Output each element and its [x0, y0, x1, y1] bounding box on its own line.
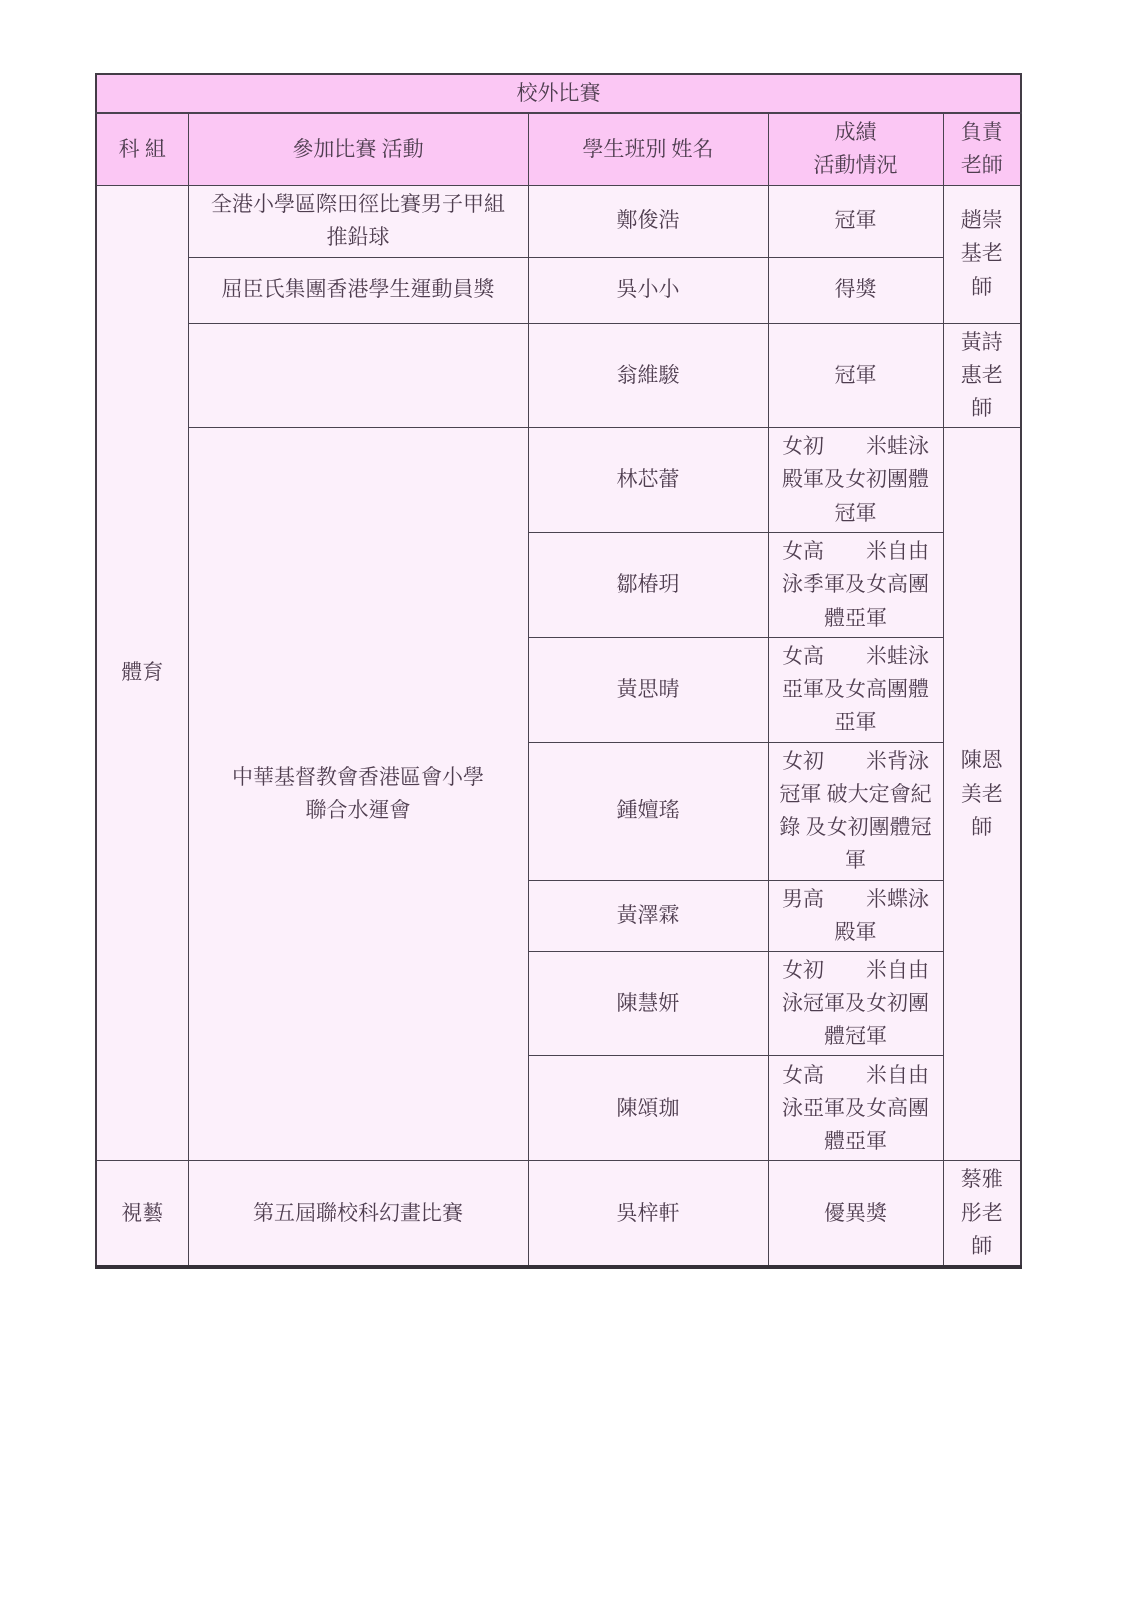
cell-student-name: 鍾嬗瑤 [528, 742, 768, 880]
cell-group-visual-arts: 視藝 [96, 1161, 188, 1267]
cell-result: 得獎 [768, 257, 943, 323]
cell-teacher: 黃詩惠老師 [943, 323, 1021, 428]
table-title-row: 校外比賽 [96, 74, 1021, 113]
cell-student-name: 鄒椿玥 [528, 533, 768, 638]
cell-teacher: 趙崇基老師 [943, 185, 1021, 323]
cell-group-sport: 體育 [96, 185, 188, 1161]
cell-result: 女初 米蛙泳殿軍及女初團體冠軍 [768, 428, 943, 533]
header-teacher: 負責 老師 [943, 113, 1021, 185]
table-row: 翁維駿 冠軍 黃詩惠老師 [96, 323, 1021, 428]
cell-student-name: 翁維駿 [528, 323, 768, 428]
header-activity: 參加比賽 活動 [188, 113, 528, 185]
table-row: 屈臣氏集團香港學生運動員獎 吳小小 得獎 [96, 257, 1021, 323]
cell-activity: 屈臣氏集團香港學生運動員獎 [188, 257, 528, 323]
header-student: 學生班別 姓名 [528, 113, 768, 185]
cell-teacher: 陳恩美老師 [943, 428, 1021, 1161]
table-row: 視藝 第五屆聯校科幻畫比賽 吳梓軒 優異獎 蔡雅彤老師 [96, 1161, 1021, 1267]
cell-result: 男高 米蝶泳殿軍 [768, 880, 943, 951]
cell-student-name: 吳小小 [528, 257, 768, 323]
cell-student-name: 林芯蕾 [528, 428, 768, 533]
cell-result: 冠軍 [768, 185, 943, 257]
cell-result: 女高 米蛙泳亞軍及女高團體亞軍 [768, 638, 943, 743]
cell-result: 優異獎 [768, 1161, 943, 1267]
table-row: 體育 全港小學區際田徑比賽男子甲組 推鉛球 鄭俊浩 冠軍 趙崇基老師 [96, 185, 1021, 257]
competition-results-table: 校外比賽 科 組 參加比賽 活動 學生班別 姓名 成績 活動情況 負責 老師 體… [95, 73, 1022, 1269]
cell-student-name: 陳頌珈 [528, 1056, 768, 1161]
cell-activity-empty [188, 323, 528, 428]
cell-student-name: 黃思晴 [528, 638, 768, 743]
table-header-row: 科 組 參加比賽 活動 學生班別 姓名 成績 活動情況 負責 老師 [96, 113, 1021, 185]
cell-student-name: 陳慧妍 [528, 951, 768, 1056]
cell-result: 女初 米自由泳冠軍及女初團體冠軍 [768, 951, 943, 1056]
header-group: 科 組 [96, 113, 188, 185]
cell-activity-swim-gala: 中華基督教會香港區會小學 聯合水運會 [188, 428, 528, 1161]
cell-result: 女高 米自由泳亞軍及女高團體亞軍 [768, 1056, 943, 1161]
cell-student-name: 黃澤霖 [528, 880, 768, 951]
document-page: { "colors": { "page_background": "#fffff… [0, 0, 1131, 1600]
table-row: 中華基督教會香港區會小學 聯合水運會 林芯蕾 女初 米蛙泳殿軍及女初團體冠軍 陳… [96, 428, 1021, 533]
table-title: 校外比賽 [96, 74, 1021, 113]
cell-activity: 全港小學區際田徑比賽男子甲組 推鉛球 [188, 185, 528, 257]
header-result: 成績 活動情況 [768, 113, 943, 185]
cell-result: 冠軍 [768, 323, 943, 428]
cell-result: 女初 米背泳冠軍 破大定會紀錄 及女初團體冠軍 [768, 742, 943, 880]
cell-student-name: 鄭俊浩 [528, 185, 768, 257]
cell-teacher: 蔡雅彤老師 [943, 1161, 1021, 1267]
cell-student-name: 吳梓軒 [528, 1161, 768, 1267]
cell-activity: 第五屆聯校科幻畫比賽 [188, 1161, 528, 1267]
cell-result: 女高 米自由泳季軍及女高團體亞軍 [768, 533, 943, 638]
